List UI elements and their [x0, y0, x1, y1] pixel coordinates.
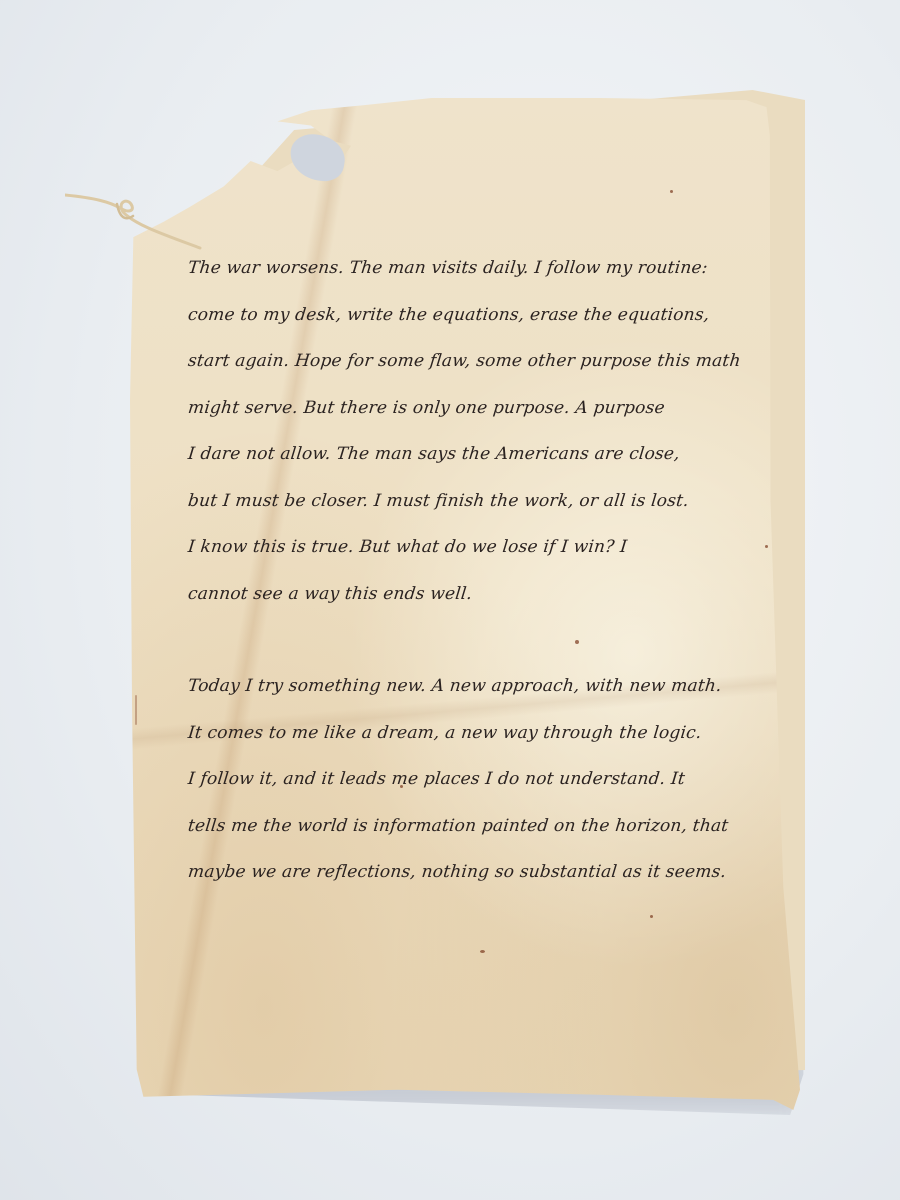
text-line: Today I try something new. A new approac…: [186, 663, 751, 710]
text-line: tells me the world is information painte…: [186, 803, 751, 850]
paragraph-1: The war worsens. The man visits daily. I…: [188, 245, 748, 617]
text-line: cannot see a way this ends well.: [186, 571, 751, 618]
stain-spot: [670, 190, 673, 193]
text-line: I dare not allow. The man says the Ameri…: [186, 431, 751, 478]
text-line: It comes to me like a dream, a new way t…: [186, 710, 751, 757]
text-line: I know this is true. But what do we lose…: [186, 524, 751, 571]
stain-spot: [480, 950, 485, 953]
text-line: start again. Hope for some flaw, some ot…: [186, 338, 751, 385]
stain-spot: [650, 915, 653, 918]
text-line: come to my desk, write the equations, er…: [186, 292, 751, 339]
handwritten-text: The war worsens. The man visits daily. I…: [188, 245, 748, 896]
text-line: but I must be closer. I must finish the …: [186, 478, 751, 525]
paragraph-break: [188, 617, 748, 663]
stain-spot: [765, 545, 768, 548]
text-line: I follow it, and it leads me places I do…: [186, 756, 751, 803]
text-line: maybe we are reflections, nothing so sub…: [186, 849, 751, 896]
paragraph-2: Today I try something new. A new approac…: [188, 663, 748, 896]
text-line: The war worsens. The man visits daily. I…: [186, 245, 751, 292]
text-line: might serve. But there is only one purpo…: [186, 385, 751, 432]
tied-string-icon: [65, 190, 205, 250]
edge-stain: [135, 695, 137, 725]
